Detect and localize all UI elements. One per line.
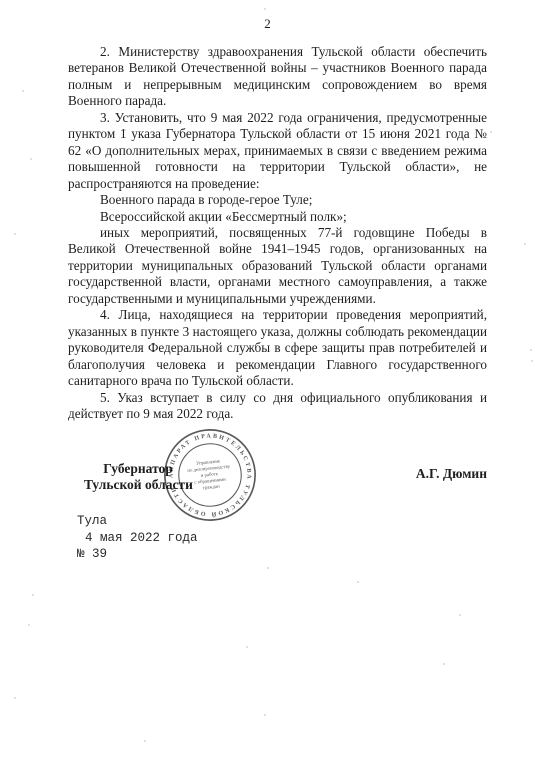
official-seal-stamp-icon: АППАРАТ ПРАВИТЕЛЬСТВА ТУЛЬСКОЙ ОБЛАСТИ У…	[157, 422, 263, 528]
document-body: 2. Министерству здравоохранения Тульской…	[68, 44, 487, 422]
issuance-city: Тула	[77, 513, 198, 530]
list-item-military-parade: Военного парада в городе-герое Туле;	[68, 192, 487, 208]
list-item-immortal-regiment: Всероссийской акции «Бессмертный полк»;	[68, 209, 487, 225]
document-page: 2 2. Министерству здравоохранения Тульск…	[0, 0, 535, 763]
paragraph-restrictions-exemption: 3. Установить, что 9 мая 2022 года огран…	[68, 110, 487, 192]
issuance-block: Тула 4 мая 2022 года № 39	[77, 513, 198, 563]
issuance-date: 4 мая 2022 года	[77, 530, 198, 547]
paragraph-recommendations: 4. Лица, находящиеся на территории прове…	[68, 307, 487, 389]
stamp-center-text: Управление по делопроизводству и работе …	[187, 458, 234, 492]
paragraph-medical-support: 2. Министерству здравоохранения Тульской…	[68, 44, 487, 110]
list-item-other-events: иных мероприятий, посвященных 77-й годов…	[68, 225, 487, 307]
signature-name: А.Г. Дюмин	[68, 466, 487, 482]
page-number: 2	[0, 16, 535, 32]
paragraph-entry-into-force: 5. Указ вступает в силу со дня официальн…	[68, 390, 487, 423]
issuance-number: № 39	[77, 546, 198, 563]
